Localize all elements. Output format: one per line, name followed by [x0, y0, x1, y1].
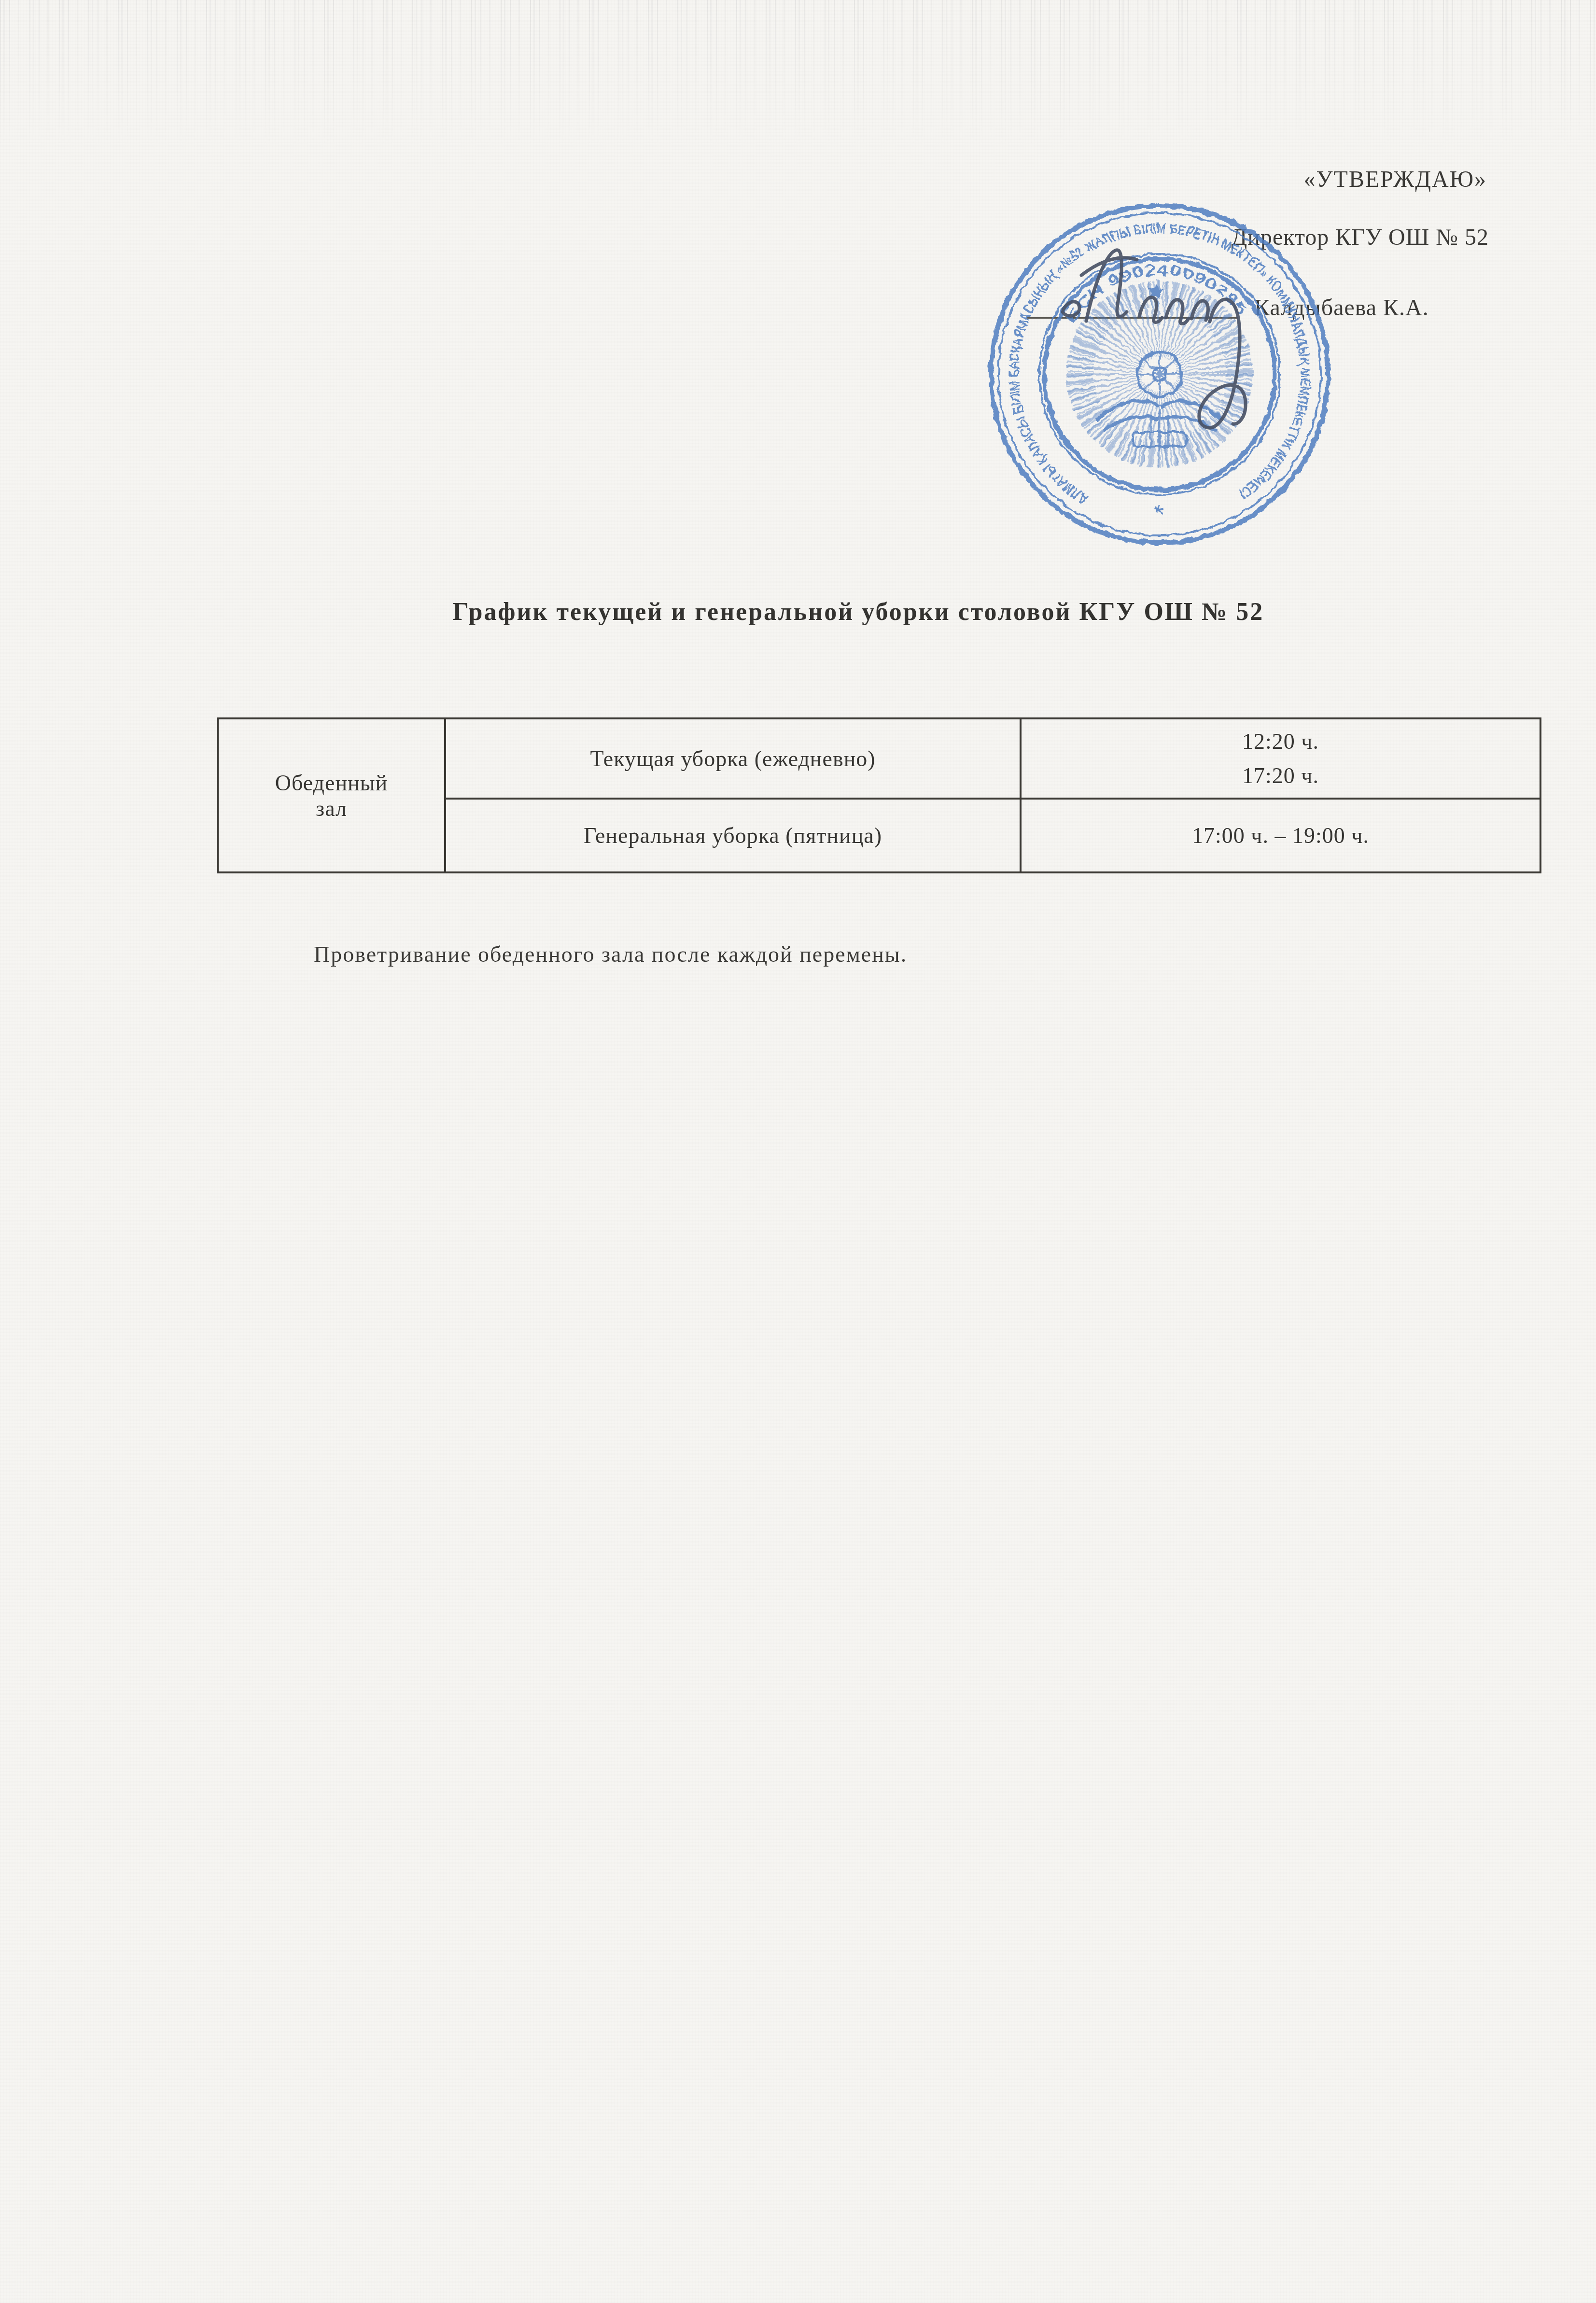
schedule-table-wrap: Обеденный зал Текущая уборка (ежедневно)… — [217, 717, 1541, 873]
approved-label: «УТВЕРЖДАЮ» — [1304, 166, 1487, 193]
ventilation-note: Проветривание обеденного зала после кажд… — [314, 941, 907, 967]
schedule-table: Обеденный зал Текущая уборка (ежедневно)… — [217, 717, 1541, 873]
table-row-current-cleaning: Обеденный зал Текущая уборка (ежедневно)… — [218, 718, 1540, 799]
cell-current-cleaning-time: 12:20 ч. 17:20 ч. — [1021, 718, 1540, 799]
cell-location: Обеденный зал — [218, 718, 445, 872]
scan-artifact-streaks — [0, 0, 1596, 145]
location-line2: зал — [224, 796, 439, 821]
time-line-1: 12:20 ч. — [1026, 724, 1535, 758]
cell-general-cleaning-label: Генеральная уборка (пятница) — [445, 799, 1021, 872]
signature-stroke — [1063, 250, 1246, 428]
stamp-bottom-separator: * — [1155, 502, 1164, 526]
document-title: График текущей и генеральной уборки стол… — [0, 598, 1596, 626]
cell-general-cleaning-time: 17:00 ч. – 19:00 ч. — [1021, 799, 1540, 872]
time-line-2: 17:20 ч. — [1026, 758, 1535, 793]
cell-current-cleaning-label: Текущая уборка (ежедневно) — [445, 718, 1021, 799]
scanned-document: { "document": { "paper_color": "#f6f5f2"… — [0, 0, 1596, 2303]
location-line1: Обеденный — [224, 770, 439, 796]
handwritten-signature — [994, 208, 1332, 459]
